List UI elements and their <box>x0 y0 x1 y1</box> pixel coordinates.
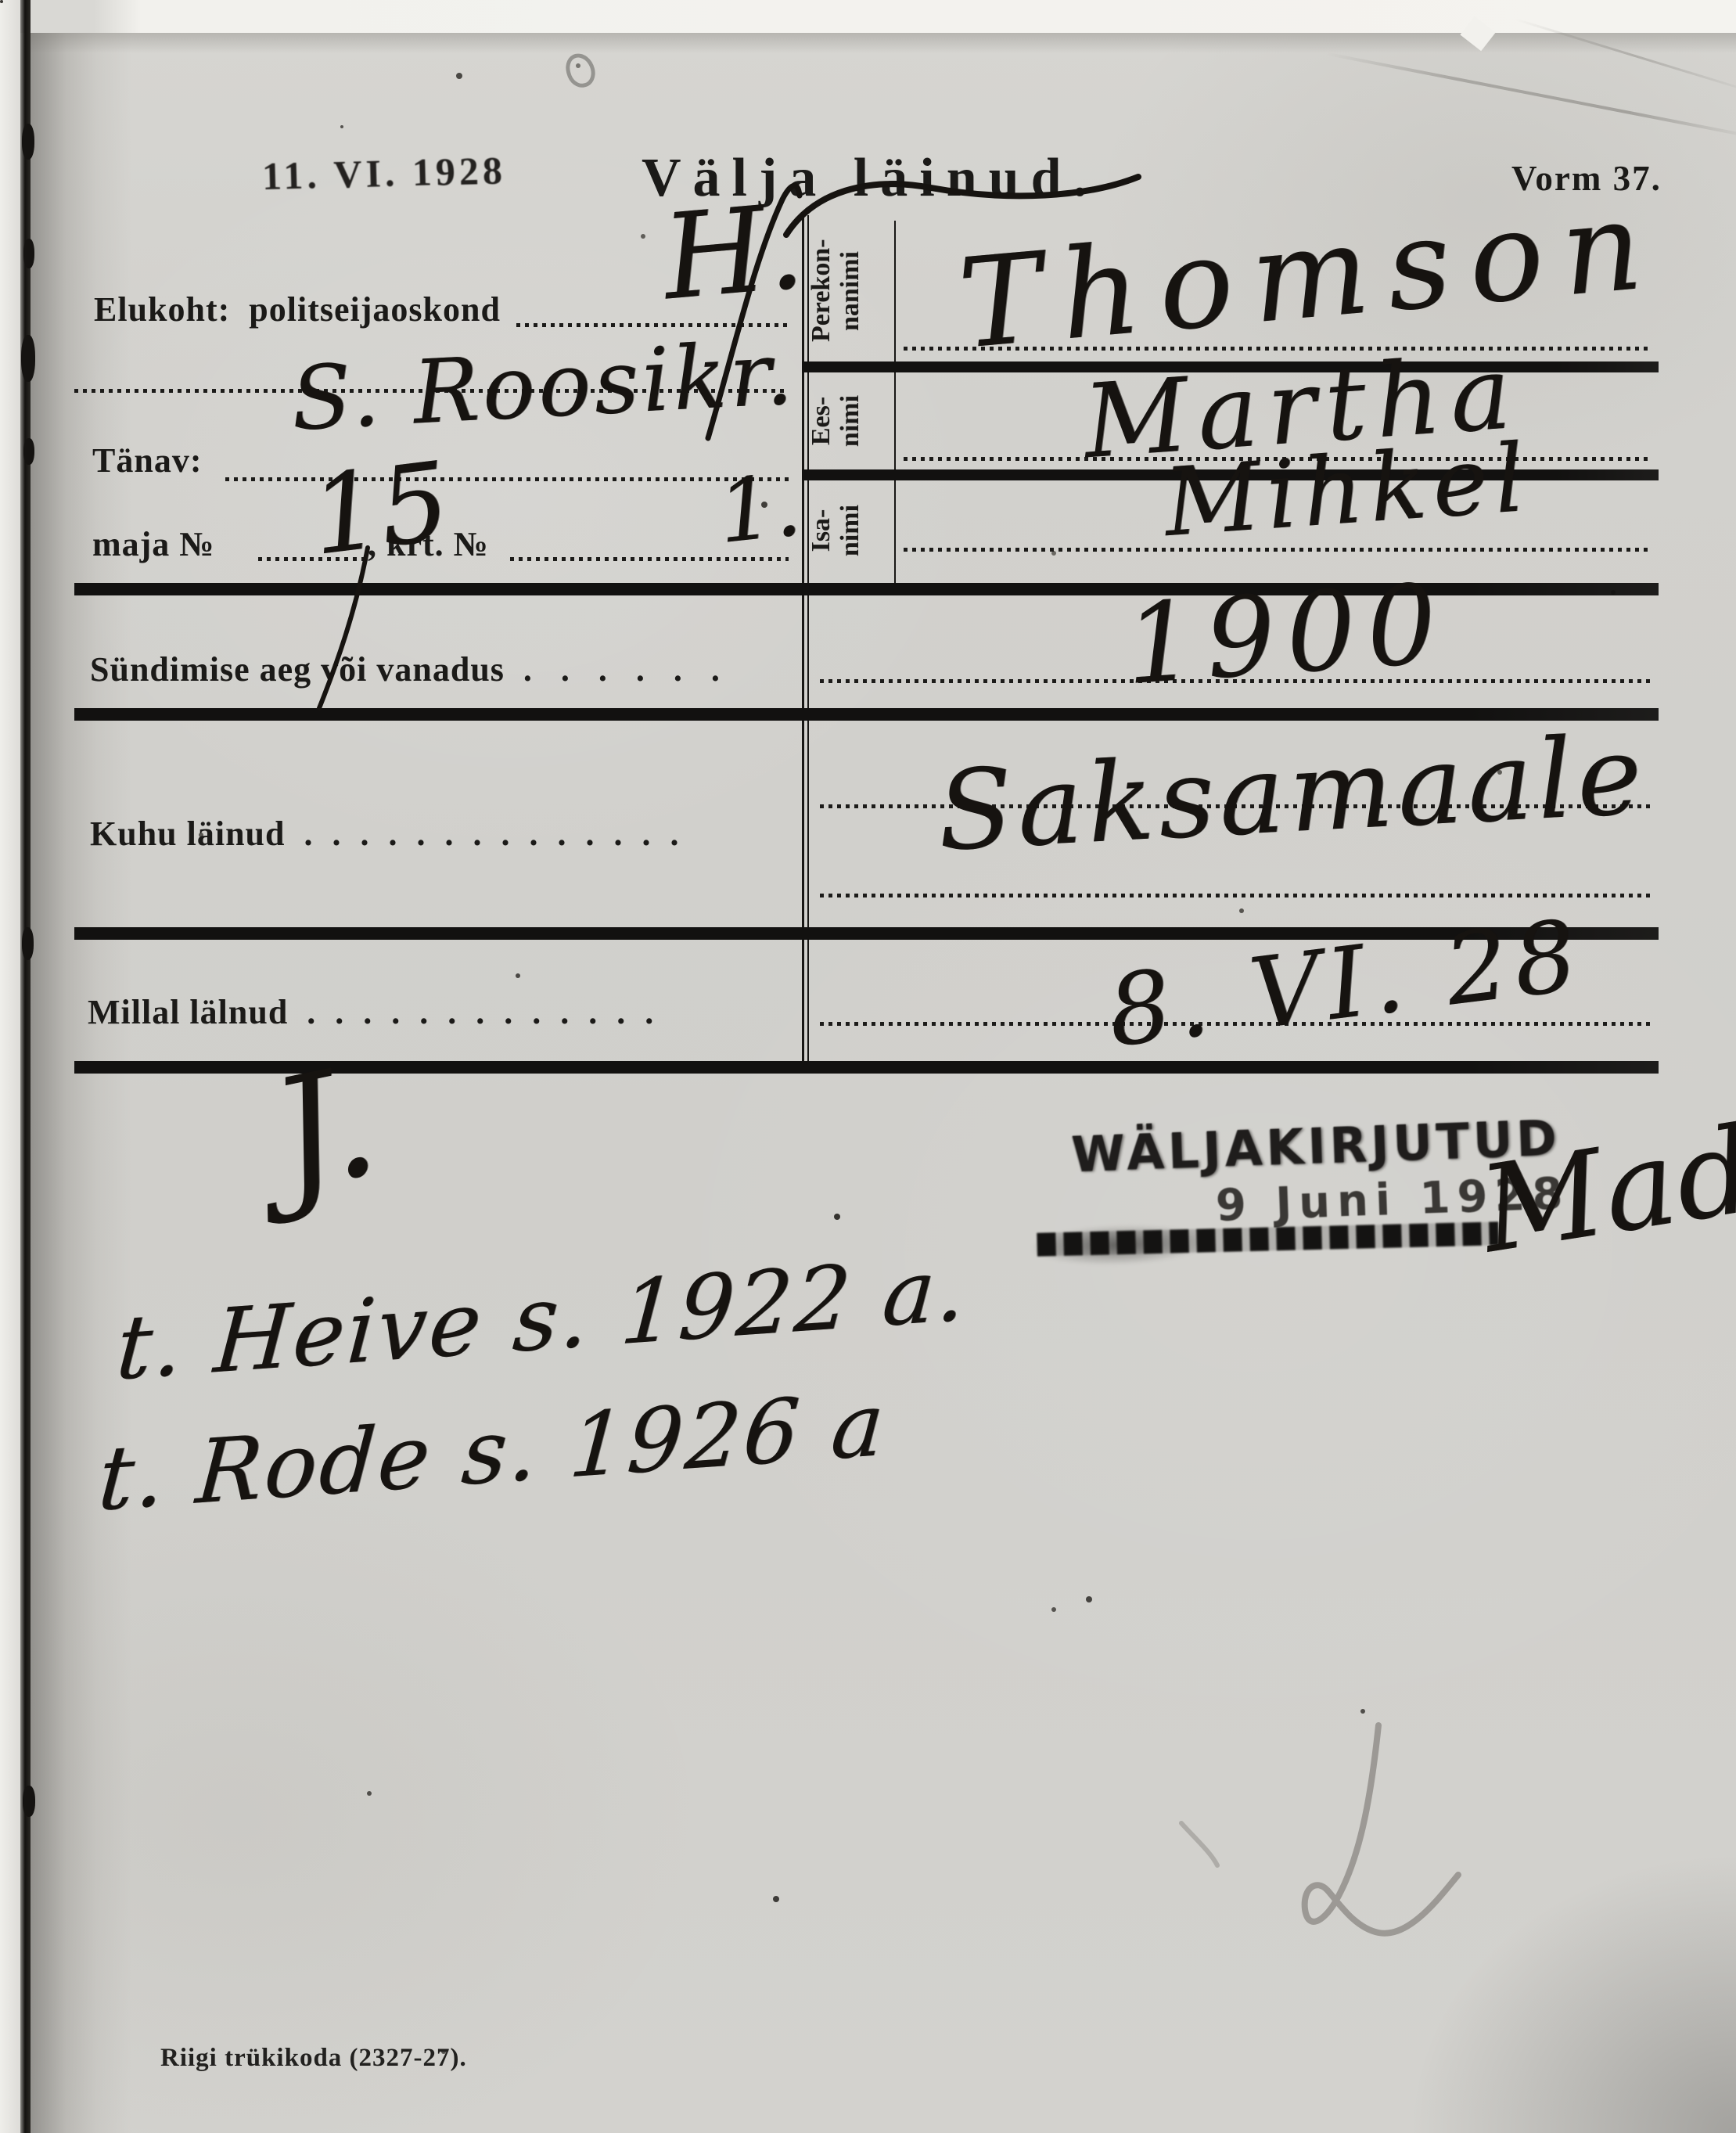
pencil-mark <box>1181 1823 1217 1865</box>
title-swash-stroke <box>786 177 1138 235</box>
numeral-descender-stroke <box>319 548 368 708</box>
pencil-squiggle <box>1305 1725 1458 1933</box>
handwriting-strokes-overlay <box>0 0 1736 2133</box>
h-ascender-stroke <box>708 185 800 438</box>
